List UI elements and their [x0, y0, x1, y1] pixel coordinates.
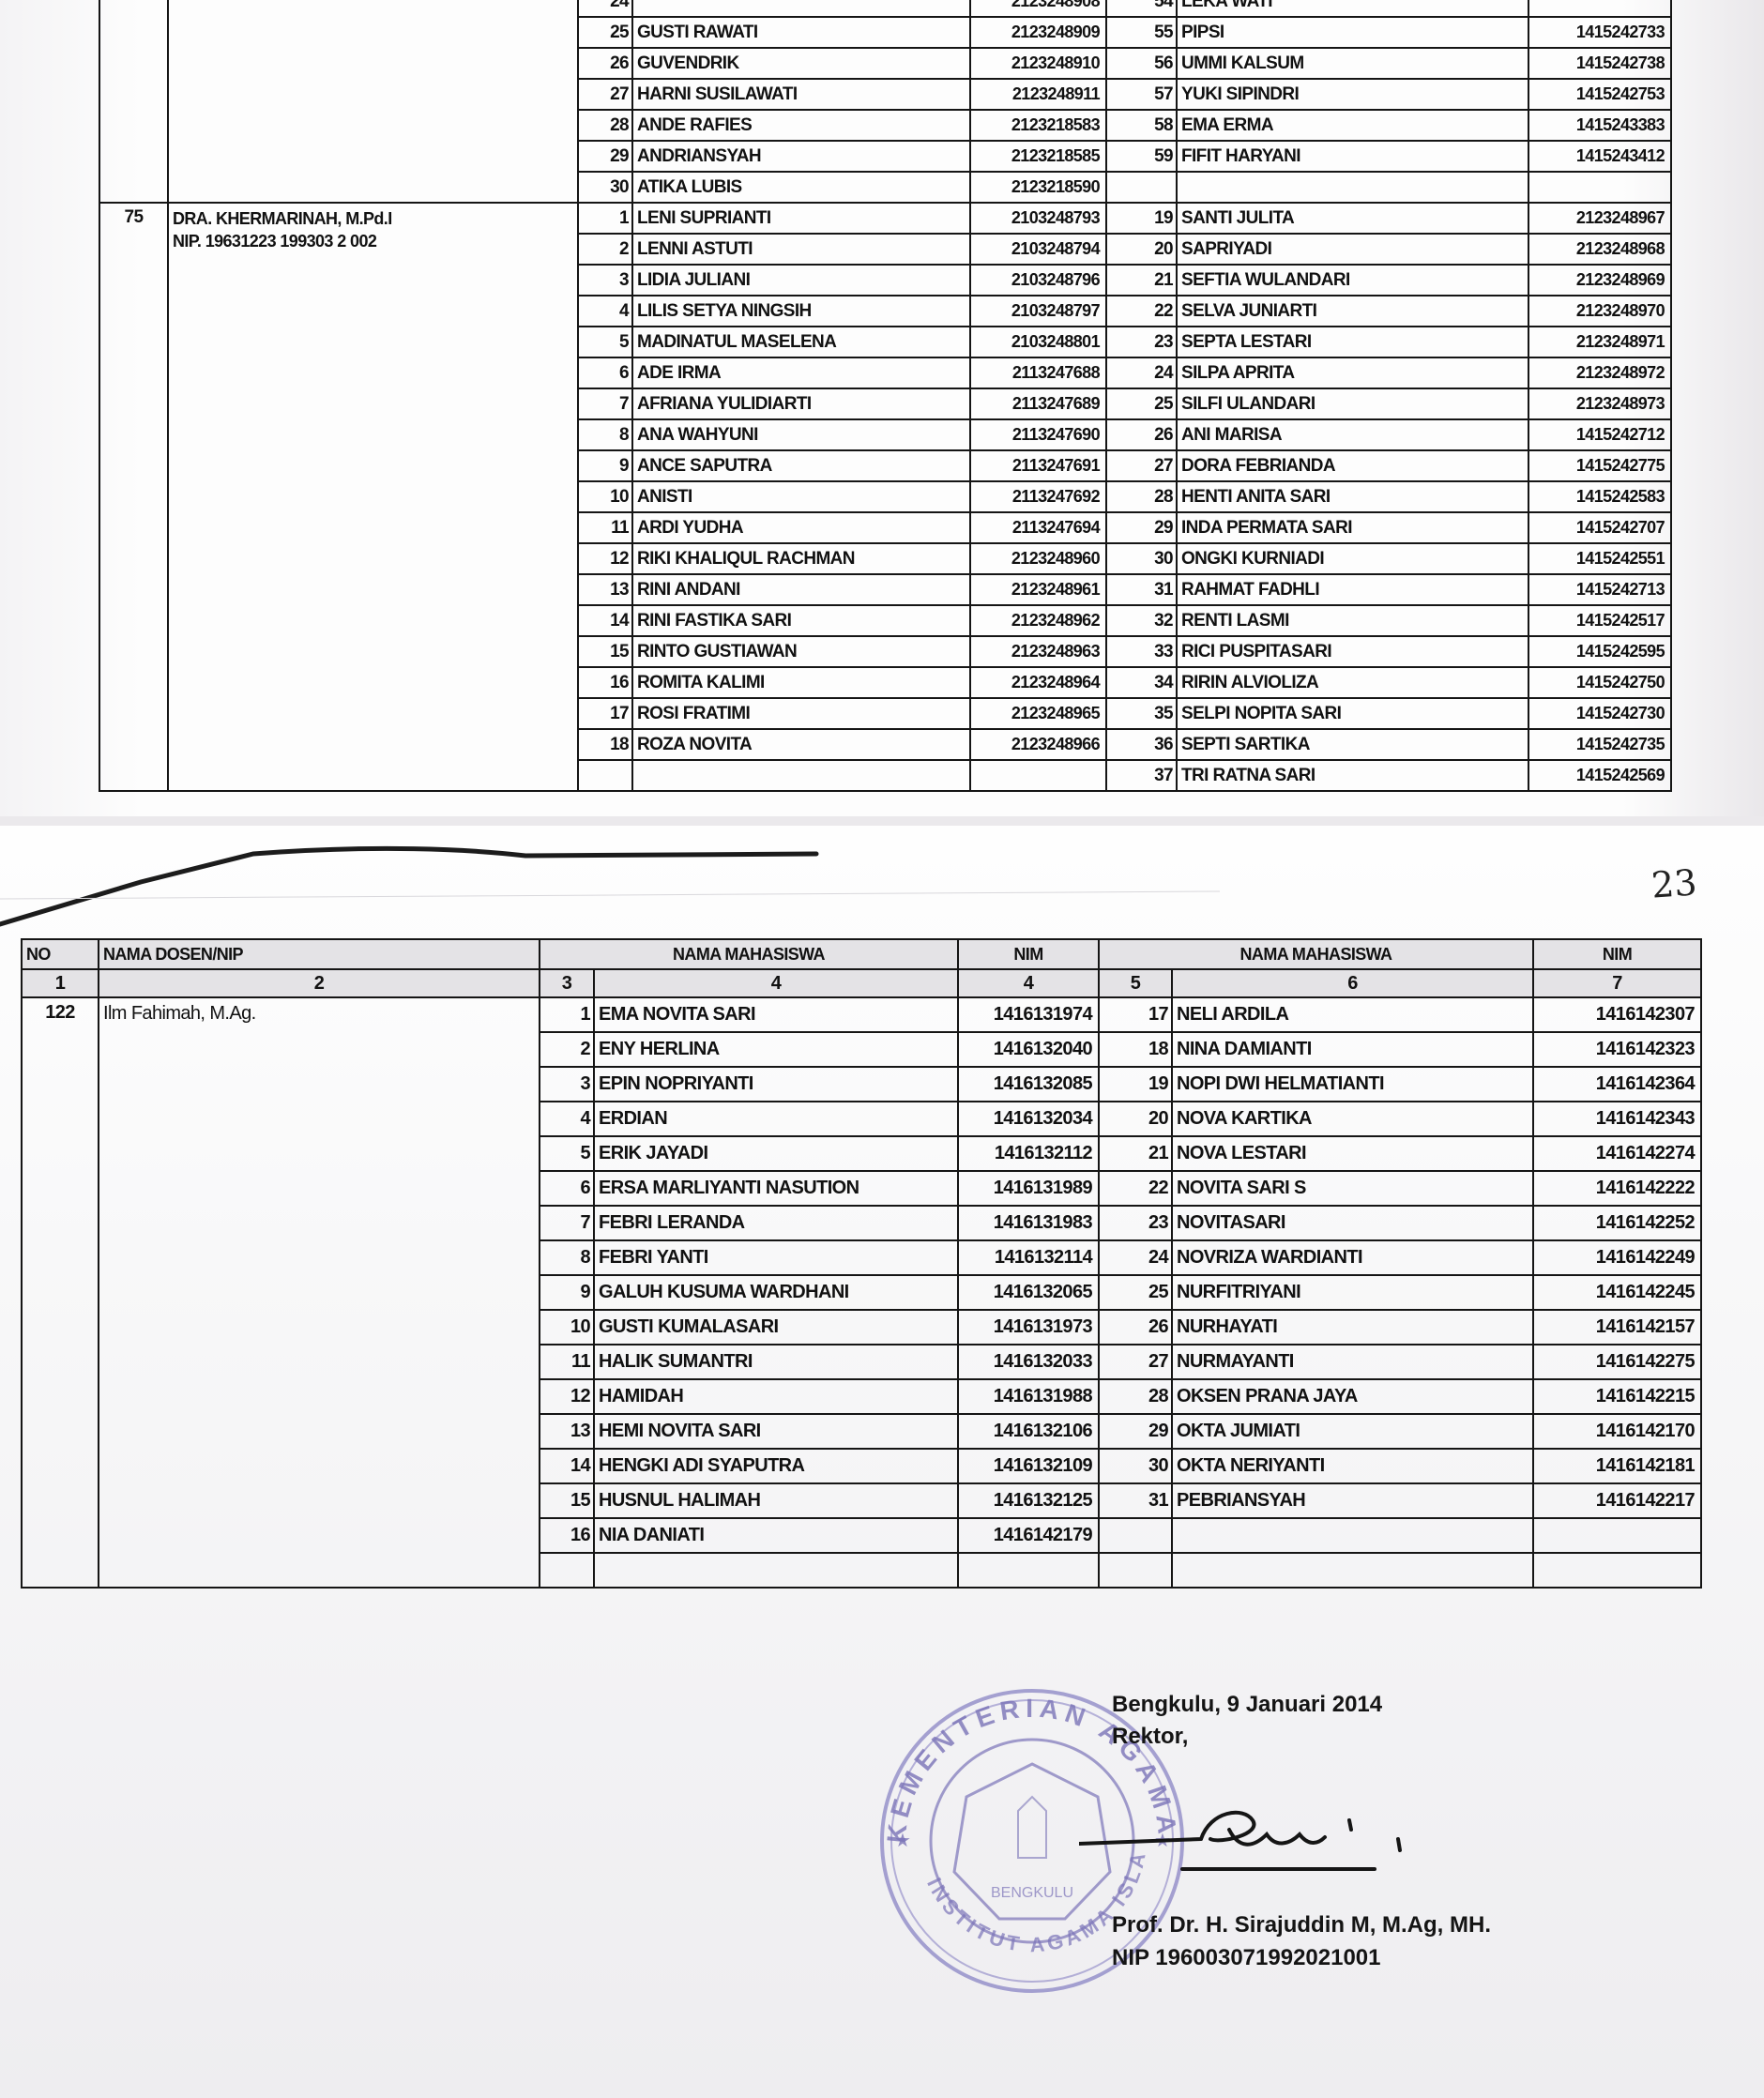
header-row: NO NAMA DOSEN/NIP NAMA MAHASISWA NIM NAM… — [22, 939, 1701, 969]
student-name: ENY HERLINA — [594, 1032, 958, 1067]
student-no: 58 — [1106, 110, 1177, 141]
student-name: SEFTIA WULANDARI — [1177, 265, 1528, 296]
student-nim: 1415243412 — [1528, 141, 1671, 172]
colnum-4: 4 — [594, 969, 958, 997]
student-nim — [1528, 172, 1671, 203]
colnum-7: 7 — [1533, 969, 1701, 997]
student-name: HEMI NOVITA SARI — [594, 1414, 958, 1449]
student-no: 17 — [578, 698, 632, 729]
student-no: 16 — [578, 667, 632, 698]
lecturer-name-cell — [168, 0, 578, 203]
student-no: 29 — [1106, 512, 1177, 543]
student-nim — [970, 760, 1106, 791]
student-no: 24 — [578, 0, 632, 17]
student-name: SEPTI SARTIKA — [1177, 729, 1528, 760]
student-no: 56 — [1106, 48, 1177, 79]
student-no: 35 — [1106, 698, 1177, 729]
lecturer-name: Ilm Fahimah, M.Ag. — [99, 997, 540, 1588]
student-nim: 1416142323 — [1533, 1032, 1701, 1067]
student-nim: 2123248908 — [970, 0, 1106, 17]
header-nim-b: NIM — [1533, 939, 1701, 969]
student-no — [578, 760, 632, 791]
student-no: 23 — [1106, 327, 1177, 357]
student-name: NOVITA SARI S — [1172, 1171, 1533, 1206]
student-nim: 1416132065 — [958, 1275, 1099, 1310]
student-nim: 1415242733 — [1528, 17, 1671, 48]
student-nim: 1416142217 — [1533, 1483, 1701, 1518]
student-name: LIDIA JULIANI — [632, 265, 970, 296]
student-name: ROMITA KALIMI — [632, 667, 970, 698]
student-no: 32 — [1106, 605, 1177, 636]
student-name: NINA DAMIANTI — [1172, 1032, 1533, 1067]
student-nim: 2113247694 — [970, 512, 1106, 543]
student-no: 28 — [1106, 481, 1177, 512]
colnum-2: 2 — [99, 969, 540, 997]
student-nim — [1533, 1553, 1701, 1588]
student-nim: 1416142252 — [1533, 1206, 1701, 1240]
colnum-4b: 4 — [958, 969, 1099, 997]
student-nim: 1416132085 — [958, 1067, 1099, 1102]
handwritten-signature — [1079, 1792, 1473, 1895]
student-name: GUSTI KUMALASARI — [594, 1310, 958, 1345]
student-no: 26 — [1106, 419, 1177, 450]
student-name: ONGKI KURNIADI — [1177, 543, 1528, 574]
student-name — [632, 760, 970, 791]
student-no: 9 — [578, 450, 632, 481]
signer-title: Rektor, — [1112, 1721, 1188, 1753]
student-no: 33 — [1106, 636, 1177, 667]
student-nim: 2123248960 — [970, 543, 1106, 574]
student-name: ANI MARISA — [1177, 419, 1528, 450]
student-name: YUKI SIPINDRI — [1177, 79, 1528, 110]
student-name — [632, 0, 970, 17]
student-name: NURFITRIYANI — [1172, 1275, 1533, 1310]
student-no: 19 — [1099, 1067, 1172, 1102]
student-name: FIFIT HARYANI — [1177, 141, 1528, 172]
student-name: RIKI KHALIQUL RACHMAN — [632, 543, 970, 574]
student-nim: 1415243383 — [1528, 110, 1671, 141]
student-nim: 1415242775 — [1528, 450, 1671, 481]
student-name: NELI ARDILA — [1172, 997, 1533, 1032]
student-nim: 1416142157 — [1533, 1310, 1701, 1345]
student-name: NOVITASARI — [1172, 1206, 1533, 1240]
student-name: AFRIANA YULIDIARTI — [632, 388, 970, 419]
student-name: SANTI JULITA — [1177, 203, 1528, 234]
student-no: 23 — [1099, 1206, 1172, 1240]
student-name: INDA PERMATA SARI — [1177, 512, 1528, 543]
student-name: PIPSI — [1177, 17, 1528, 48]
student-name: HUSNUL HALIMAH — [594, 1483, 958, 1518]
student-name: RINI ANDANI — [632, 574, 970, 605]
student-nim: 1416132109 — [958, 1449, 1099, 1483]
table-row: 75DRA. KHERMARINAH, M.Pd.INIP. 19631223 … — [99, 203, 1671, 234]
top-assignment-table: 24212324890854LEKA WATI25GUSTI RAWATI212… — [99, 0, 1672, 792]
student-nim: 1415242595 — [1528, 636, 1671, 667]
handwritten-page-number: 23 — [1650, 861, 1698, 905]
header-nim-a: NIM — [958, 939, 1099, 969]
student-nim: 1416142343 — [1533, 1102, 1701, 1136]
student-no: 5 — [540, 1136, 594, 1171]
student-nim: 1416132125 — [958, 1483, 1099, 1518]
lecturer-no-cell — [99, 0, 168, 203]
student-nim: 2123248962 — [970, 605, 1106, 636]
student-name: MADINATUL MASELENA — [632, 327, 970, 357]
student-name: EPIN NOPRIYANTI — [594, 1067, 958, 1102]
student-nim: 1416142364 — [1533, 1067, 1701, 1102]
signer-name: Prof. Dr. H. Sirajuddin M, M.Ag, MH. — [1112, 1909, 1491, 1941]
student-no: 29 — [578, 141, 632, 172]
student-name: ANCE SAPUTRA — [632, 450, 970, 481]
student-name: SEPTA LESTARI — [1177, 327, 1528, 357]
student-nim: 2123248963 — [970, 636, 1106, 667]
student-nim: 1416142179 — [958, 1518, 1099, 1553]
student-no: 27 — [1099, 1345, 1172, 1379]
table-row: 24212324890854LEKA WATI — [99, 0, 1671, 17]
student-nim: 2103248793 — [970, 203, 1106, 234]
student-nim: 2123248910 — [970, 48, 1106, 79]
lecturer-nip: NIP. 19631223 199303 2 002 — [173, 230, 573, 252]
student-no: 14 — [578, 605, 632, 636]
student-name: NURMAYANTI — [1172, 1345, 1533, 1379]
student-name: DORA FEBRIANDA — [1177, 450, 1528, 481]
student-nim: 1415242735 — [1528, 729, 1671, 760]
student-nim: 1416142170 — [1533, 1414, 1701, 1449]
student-nim: 2123218583 — [970, 110, 1106, 141]
student-name: GALUH KUSUMA WARDHANI — [594, 1275, 958, 1310]
student-nim: 1416142181 — [1533, 1449, 1701, 1483]
student-no: 14 — [540, 1449, 594, 1483]
student-name: EMA ERMA — [1177, 110, 1528, 141]
student-nim: 2103248796 — [970, 265, 1106, 296]
student-nim: 2123248969 — [1528, 265, 1671, 296]
colnum-1: 1 — [22, 969, 99, 997]
student-name: ARDI YUDHA — [632, 512, 970, 543]
student-name: NURHAYATI — [1172, 1310, 1533, 1345]
student-no: 24 — [1099, 1240, 1172, 1275]
student-name: ROSI FRATIMI — [632, 698, 970, 729]
student-nim: 1415242750 — [1528, 667, 1671, 698]
student-nim: 2123218590 — [970, 172, 1106, 203]
student-nim: 1416132114 — [958, 1240, 1099, 1275]
student-no: 10 — [578, 481, 632, 512]
student-no: 30 — [1106, 543, 1177, 574]
student-nim: 1415242551 — [1528, 543, 1671, 574]
student-name: RAHMAT FADHLI — [1177, 574, 1528, 605]
student-nim: 1416142275 — [1533, 1345, 1701, 1379]
student-name — [1172, 1518, 1533, 1553]
lecturer-cell: DRA. KHERMARINAH, M.Pd.INIP. 19631223 19… — [168, 203, 578, 791]
student-no: 25 — [1106, 388, 1177, 419]
student-no: 59 — [1106, 141, 1177, 172]
colnum-6: 6 — [1172, 969, 1533, 997]
student-nim — [1533, 1518, 1701, 1553]
student-name: OKTA NERIYANTI — [1172, 1449, 1533, 1483]
student-name: LENNI ASTUTI — [632, 234, 970, 265]
student-nim: 1415242707 — [1528, 512, 1671, 543]
student-nim: 2123248973 — [1528, 388, 1671, 419]
student-name: TRI RATNA SARI — [1177, 760, 1528, 791]
student-name: NOPI DWI HELMATIANTI — [1172, 1067, 1533, 1102]
student-no: 29 — [1099, 1414, 1172, 1449]
student-no: 27 — [1106, 450, 1177, 481]
student-nim: 1415242517 — [1528, 605, 1671, 636]
student-no: 28 — [1099, 1379, 1172, 1414]
student-nim: 1416132106 — [958, 1414, 1099, 1449]
student-no: 55 — [1106, 17, 1177, 48]
student-no: 18 — [1099, 1032, 1172, 1067]
student-nim: 1416142307 — [1533, 997, 1701, 1032]
student-no: 12 — [578, 543, 632, 574]
student-nim: 2123248965 — [970, 698, 1106, 729]
student-name: HENTI ANITA SARI — [1177, 481, 1528, 512]
student-name: HENGKI ADI SYAPUTRA — [594, 1449, 958, 1483]
student-nim: 1415242730 — [1528, 698, 1671, 729]
student-name: OKTA JUMIATI — [1172, 1414, 1533, 1449]
student-name: ADE IRMA — [632, 357, 970, 388]
student-name: ERDIAN — [594, 1102, 958, 1136]
student-no: 27 — [578, 79, 632, 110]
signer-nip: NIP 196003071992021001 — [1112, 1942, 1381, 1974]
student-no: 31 — [1099, 1483, 1172, 1518]
student-no: 18 — [578, 729, 632, 760]
student-nim: 2103248801 — [970, 327, 1106, 357]
student-no: 6 — [578, 357, 632, 388]
student-nim: 2123248971 — [1528, 327, 1671, 357]
student-name: RICI PUSPITASARI — [1177, 636, 1528, 667]
header-no: NO — [22, 939, 99, 969]
student-nim: 1415242713 — [1528, 574, 1671, 605]
student-nim: 2113247692 — [970, 481, 1106, 512]
student-nim: 2113247689 — [970, 388, 1106, 419]
student-nim: 1416131973 — [958, 1310, 1099, 1345]
student-nim — [1528, 0, 1671, 17]
student-no: 19 — [1106, 203, 1177, 234]
student-name: FEBRI LERANDA — [594, 1206, 958, 1240]
student-no: 31 — [1106, 574, 1177, 605]
student-nim: 2113247690 — [970, 419, 1106, 450]
student-no — [1106, 172, 1177, 203]
student-name: LEKA WATI — [1177, 0, 1528, 17]
student-name: RIRIN ALVIOLIZA — [1177, 667, 1528, 698]
student-no: 25 — [578, 17, 632, 48]
student-nim: 2123248967 — [1528, 203, 1671, 234]
svg-text:★: ★ — [894, 1831, 911, 1851]
student-no: 21 — [1099, 1136, 1172, 1171]
student-nim: 2103248794 — [970, 234, 1106, 265]
student-no: 57 — [1106, 79, 1177, 110]
student-nim: 2123248966 — [970, 729, 1106, 760]
student-no: 26 — [578, 48, 632, 79]
student-no: 15 — [540, 1483, 594, 1518]
column-number-row: 1 2 3 4 4 5 6 7 — [22, 969, 1701, 997]
student-no: 22 — [1106, 296, 1177, 327]
lecturer-no: 75 — [99, 203, 168, 791]
student-nim: 2123248968 — [1528, 234, 1671, 265]
student-name: NOVRIZA WARDIANTI — [1172, 1240, 1533, 1275]
student-no: 28 — [578, 110, 632, 141]
student-no: 13 — [540, 1414, 594, 1449]
student-nim: 2123248972 — [1528, 357, 1671, 388]
student-nim: 1416142249 — [1533, 1240, 1701, 1275]
student-name: SILFI ULANDARI — [1177, 388, 1528, 419]
student-name: NIA DANIATI — [594, 1518, 958, 1553]
student-no — [1099, 1518, 1172, 1553]
student-no: 30 — [578, 172, 632, 203]
student-name: HALIK SUMANTRI — [594, 1345, 958, 1379]
student-no: 1 — [540, 997, 594, 1032]
student-name: NOVA LESTARI — [1172, 1136, 1533, 1171]
student-nim: 2123248909 — [970, 17, 1106, 48]
place-date: Bengkulu, 9 Januari 2014 — [1112, 1689, 1382, 1721]
student-nim: 1416131983 — [958, 1206, 1099, 1240]
student-name: SAPRIYADI — [1177, 234, 1528, 265]
student-name: SELVA JUNIARTI — [1177, 296, 1528, 327]
student-nim: 2113247691 — [970, 450, 1106, 481]
student-no: 11 — [540, 1345, 594, 1379]
student-no: 37 — [1106, 760, 1177, 791]
student-name: GUSTI RAWATI — [632, 17, 970, 48]
student-nim: 1416142215 — [1533, 1379, 1701, 1414]
student-nim: 1416131988 — [958, 1379, 1099, 1414]
header-lecturer: NAMA DOSEN/NIP — [99, 939, 540, 969]
student-name: ANDRIANSYAH — [632, 141, 970, 172]
student-no: 12 — [540, 1379, 594, 1414]
student-nim: 1416132040 — [958, 1032, 1099, 1067]
student-no — [540, 1553, 594, 1588]
student-nim: 2123248970 — [1528, 296, 1671, 327]
lecturer-no: 122 — [22, 997, 99, 1588]
student-no: 1 — [578, 203, 632, 234]
student-name — [1172, 1553, 1533, 1588]
student-no: 34 — [1106, 667, 1177, 698]
student-no: 15 — [578, 636, 632, 667]
student-nim: 1416142222 — [1533, 1171, 1701, 1206]
student-nim: 1415242583 — [1528, 481, 1671, 512]
student-no: 24 — [1106, 357, 1177, 388]
torn-edge-mark — [0, 826, 1220, 948]
student-nim: 1415242753 — [1528, 79, 1671, 110]
student-name: ANA WAHYUNI — [632, 419, 970, 450]
student-nim: 1415242712 — [1528, 419, 1671, 450]
student-name: LENI SUPRIANTI — [632, 203, 970, 234]
student-no: 20 — [1106, 234, 1177, 265]
student-nim: 2123248961 — [970, 574, 1106, 605]
student-no: 26 — [1099, 1310, 1172, 1345]
student-name: RINTO GUSTIAWAN — [632, 636, 970, 667]
student-no: 3 — [540, 1067, 594, 1102]
student-no: 20 — [1099, 1102, 1172, 1136]
student-nim: 1416132112 — [958, 1136, 1099, 1171]
student-name: ATIKA LUBIS — [632, 172, 970, 203]
student-no: 16 — [540, 1518, 594, 1553]
student-nim: 2123248911 — [970, 79, 1106, 110]
student-name: ANISTI — [632, 481, 970, 512]
student-no — [1099, 1553, 1172, 1588]
colnum-3: 3 — [540, 969, 594, 997]
student-name — [1177, 172, 1528, 203]
student-no: 11 — [578, 512, 632, 543]
student-nim — [958, 1553, 1099, 1588]
student-no: 7 — [540, 1206, 594, 1240]
lecturer-name: DRA. KHERMARINAH, M.Pd.I — [173, 207, 573, 230]
student-name: ERIK JAYADI — [594, 1136, 958, 1171]
student-no: 3 — [578, 265, 632, 296]
student-name: HAMIDAH — [594, 1379, 958, 1414]
student-no: 9 — [540, 1275, 594, 1310]
student-name: FEBRI YANTI — [594, 1240, 958, 1275]
student-no: 2 — [540, 1032, 594, 1067]
student-name: SILPA APRITA — [1177, 357, 1528, 388]
student-no: 2 — [578, 234, 632, 265]
student-nim: 2123218585 — [970, 141, 1106, 172]
student-no: 25 — [1099, 1275, 1172, 1310]
bottom-assignment-table: NO NAMA DOSEN/NIP NAMA MAHASISWA NIM NAM… — [21, 938, 1702, 1589]
student-name: RINI FASTIKA SARI — [632, 605, 970, 636]
student-no: 21 — [1106, 265, 1177, 296]
student-name: RENTI LASMI — [1177, 605, 1528, 636]
student-name: OKSEN PRANA JAYA — [1172, 1379, 1533, 1414]
student-no: 10 — [540, 1310, 594, 1345]
colnum-5: 5 — [1099, 969, 1172, 997]
student-nim: 1416132033 — [958, 1345, 1099, 1379]
student-name: LILIS SETYA NINGSIH — [632, 296, 970, 327]
student-no: 8 — [578, 419, 632, 450]
student-name: ANDE RAFIES — [632, 110, 970, 141]
table-row: 122Ilm Fahimah, M.Ag.1EMA NOVITA SARI141… — [22, 997, 1701, 1032]
student-no: 4 — [540, 1102, 594, 1136]
student-name: ROZA NOVITA — [632, 729, 970, 760]
student-name: ERSA MARLIYANTI NASUTION — [594, 1171, 958, 1206]
student-nim: 1416142245 — [1533, 1275, 1701, 1310]
student-nim: 2103248797 — [970, 296, 1106, 327]
student-no: 8 — [540, 1240, 594, 1275]
student-nim: 1416142274 — [1533, 1136, 1701, 1171]
student-nim: 2113247688 — [970, 357, 1106, 388]
student-no: 5 — [578, 327, 632, 357]
student-name: NOVA KARTIKA — [1172, 1102, 1533, 1136]
student-nim: 1416131974 — [958, 997, 1099, 1032]
header-student-name-a: NAMA MAHASISWA — [540, 939, 958, 969]
student-nim: 1416132034 — [958, 1102, 1099, 1136]
student-name: HARNI SUSILAWATI — [632, 79, 970, 110]
svg-text:BENGKULU: BENGKULU — [991, 1885, 1073, 1901]
student-nim: 1415242569 — [1528, 760, 1671, 791]
student-no: 6 — [540, 1171, 594, 1206]
student-no: 7 — [578, 388, 632, 419]
student-name: PEBRIANSYAH — [1172, 1483, 1533, 1518]
student-no: 54 — [1106, 0, 1177, 17]
header-student-name-b: NAMA MAHASISWA — [1099, 939, 1533, 969]
student-no: 36 — [1106, 729, 1177, 760]
student-no: 13 — [578, 574, 632, 605]
student-no: 17 — [1099, 997, 1172, 1032]
student-name: SELPI NOPITA SARI — [1177, 698, 1528, 729]
student-no: 30 — [1099, 1449, 1172, 1483]
student-no: 22 — [1099, 1171, 1172, 1206]
student-name: GUVENDRIK — [632, 48, 970, 79]
student-name: UMMI KALSUM — [1177, 48, 1528, 79]
student-nim: 2123248964 — [970, 667, 1106, 698]
student-name: EMA NOVITA SARI — [594, 997, 958, 1032]
student-nim: 1416131989 — [958, 1171, 1099, 1206]
student-no: 4 — [578, 296, 632, 327]
student-nim: 1415242738 — [1528, 48, 1671, 79]
student-name — [594, 1553, 958, 1588]
